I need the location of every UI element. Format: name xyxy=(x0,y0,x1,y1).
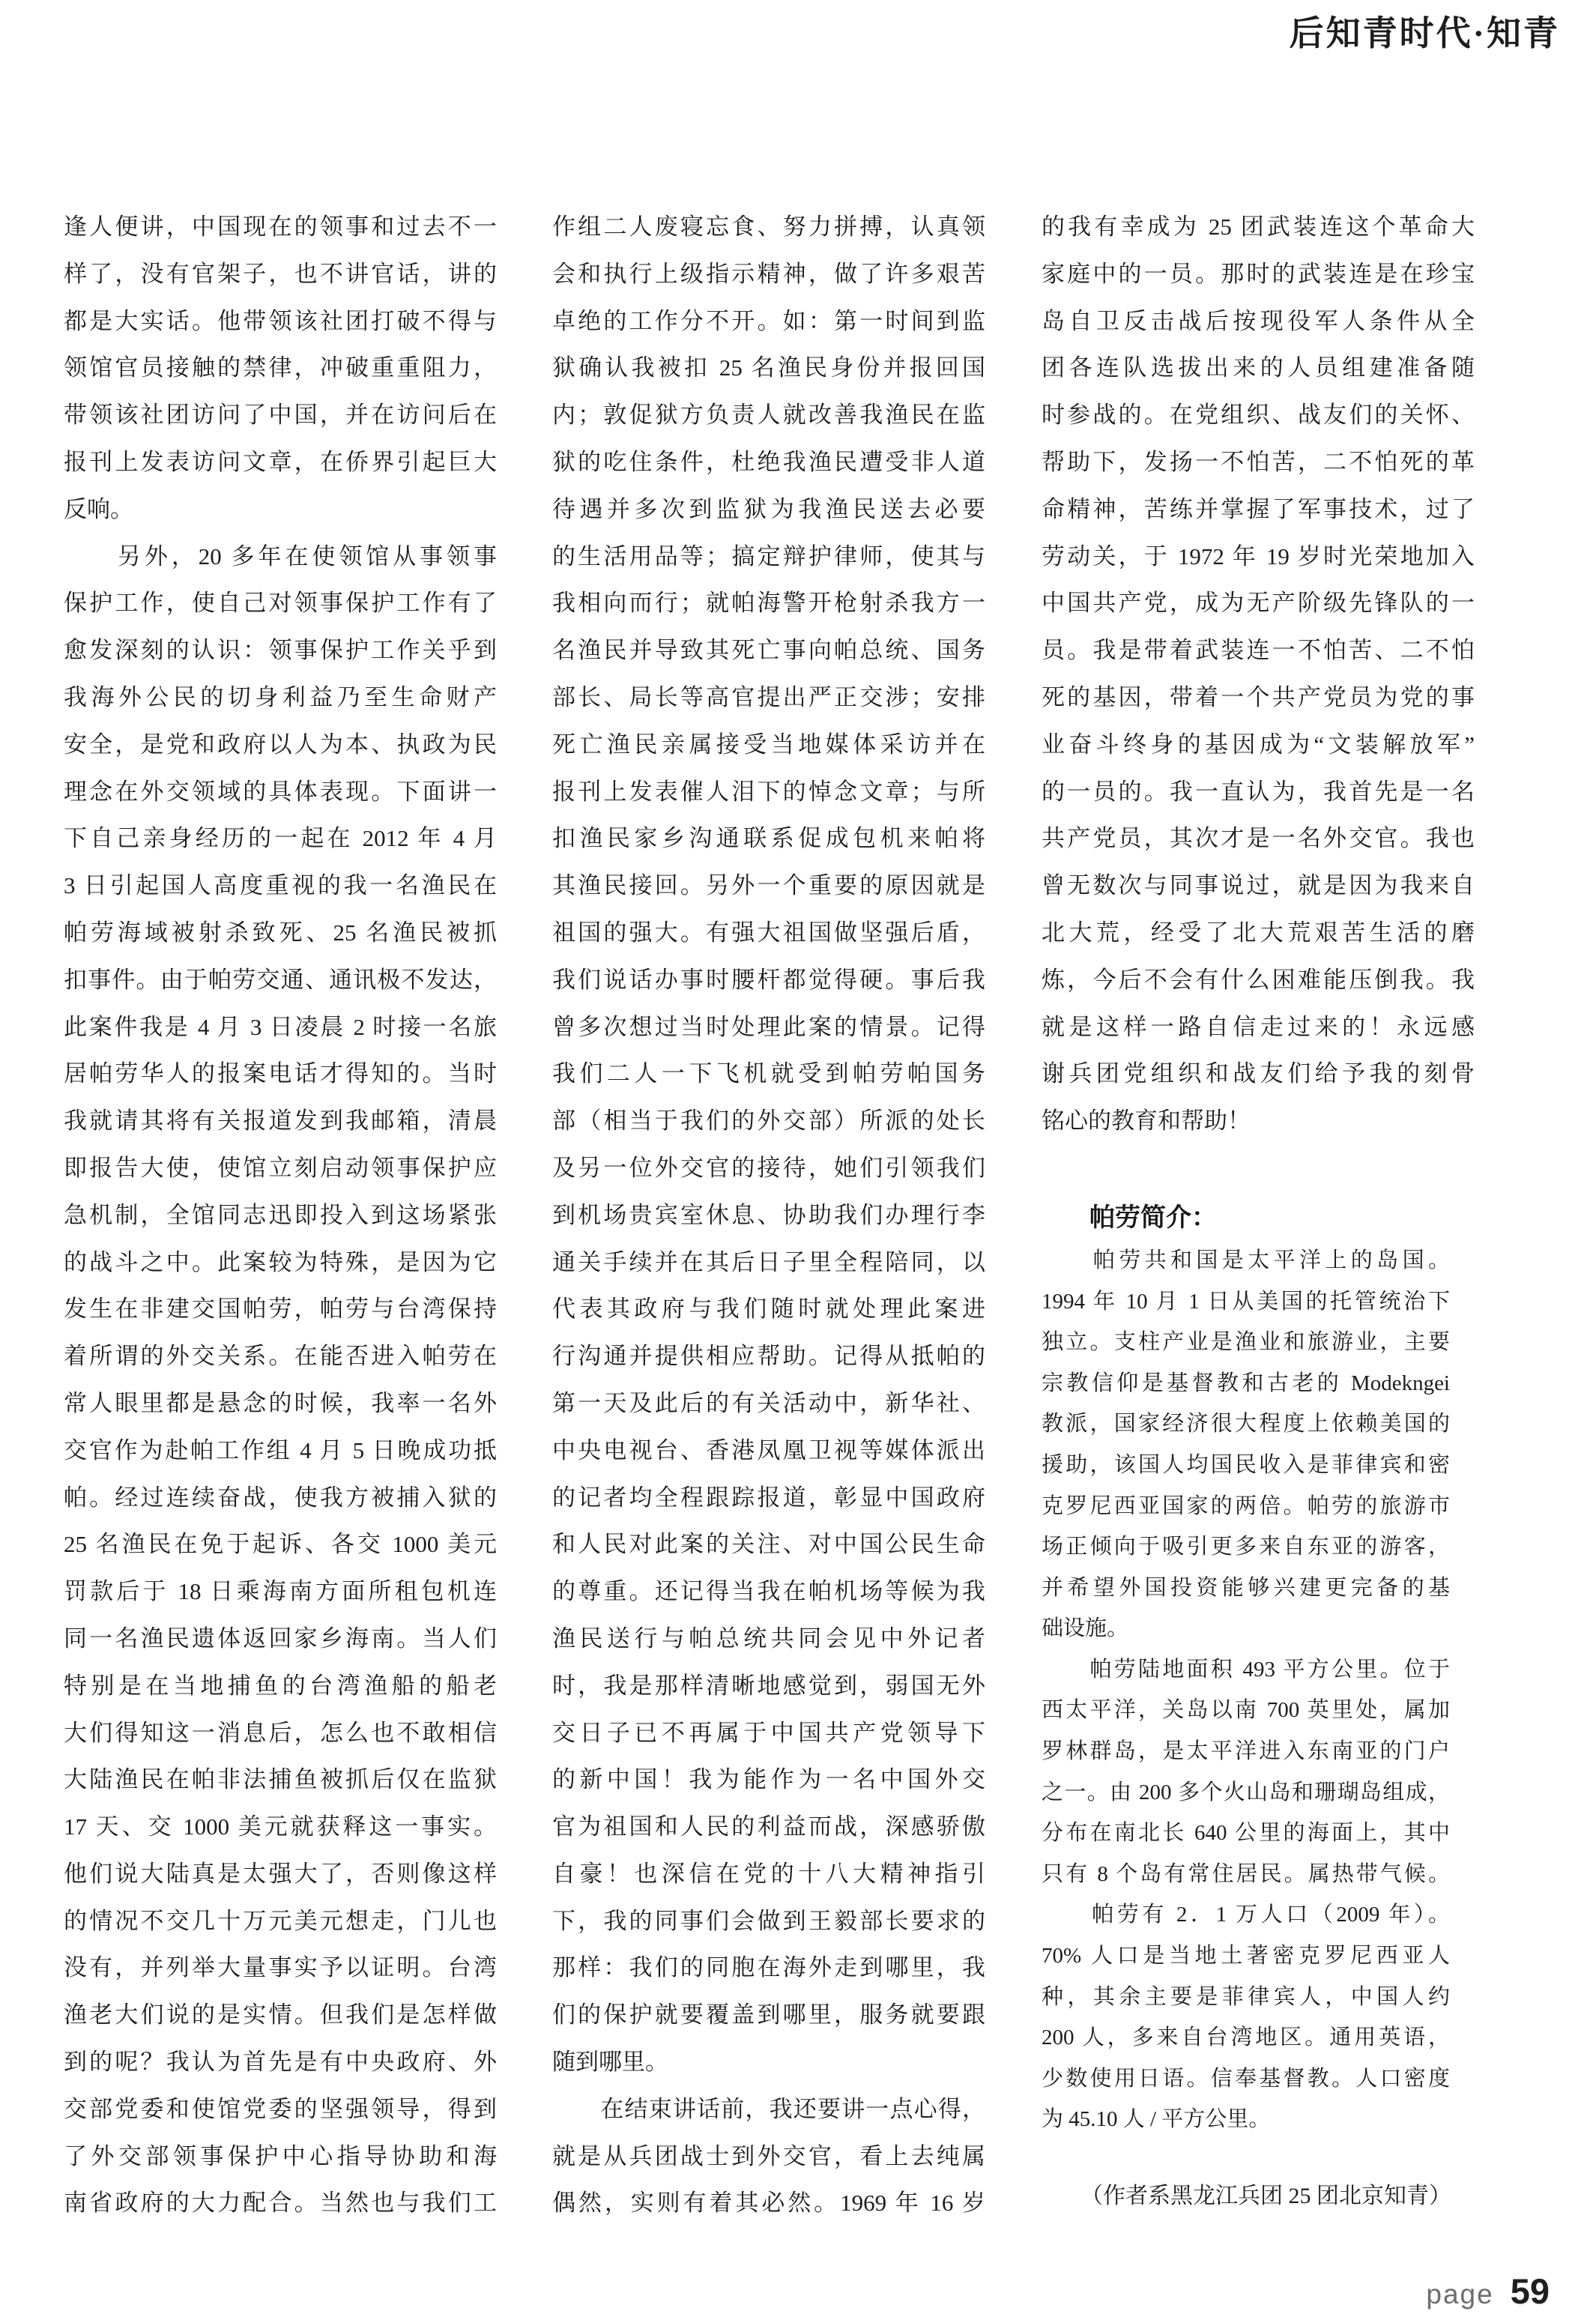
text-line: 此案件我是 4 月 3 日凌晨 2 时接一名旅 xyxy=(64,1004,497,1051)
palau-profile-text: 帕劳共和国是太平洋上的岛国。1994 年 10 月 1 日从美国的托管统治下独立… xyxy=(1042,1240,1450,2140)
text-line: 死亡渔民亲属接受当地媒体采访并在 xyxy=(552,722,985,769)
text-line: 的新中国！我为能作为一名中国外交 xyxy=(552,1756,985,1804)
text-line: 待遇并多次到监狱为我渔民送去必要 xyxy=(552,486,985,534)
page-footer: page 59 xyxy=(1426,2271,1550,2312)
text-line: 的生活用品等；搞定辩护律师，使其与 xyxy=(552,534,985,581)
text-line: 共产党员，其次才是一名外交官。我也 xyxy=(1042,815,1475,863)
text-line: 25 名渔民在免于起诉、各交 1000 美元 xyxy=(64,1521,497,1568)
text-line: 渔老大们说的是实情。但我们是怎样做 xyxy=(64,1992,497,2039)
text-line: 命精神，苦练并掌握了军事技术，过了 xyxy=(1042,486,1475,534)
text-line: 我就请其将有关报道发到我邮箱，清晨 xyxy=(64,1098,497,1145)
text-line: 宗教信仰是基督教和古老的 Modekngei xyxy=(1042,1363,1450,1404)
text-line: 交日子已不再属于中国共产党领导下 xyxy=(552,1710,985,1757)
text-line: 渔民送行与帕总统共同会见中外记者 xyxy=(552,1616,985,1663)
text-line: 保护工作，使自己对领事保护工作有了 xyxy=(64,580,497,627)
section-header: 后知青时代·知青 xyxy=(1290,6,1560,55)
text-line: 安全，是党和政府以人为本、执政为民 xyxy=(64,722,497,769)
text-line: 报刊上发表催人泪下的悼念文章；与所 xyxy=(552,769,985,816)
text-line: 帕劳陆地面积 493 平方公里。位于 xyxy=(1042,1649,1450,1691)
text-line: 着所谓的外交关系。在能否进入帕劳在 xyxy=(64,1333,497,1380)
text-line: 行沟通并提供相应帮助。记得从抵帕的 xyxy=(552,1333,985,1380)
text-line: 帕。经过连续奋战，使我方被捕入狱的 xyxy=(64,1475,497,1522)
text-line: 员。我是带着武装连一不怕苦、二不怕 xyxy=(1042,627,1475,674)
text-line: 到机场贵宾室休息、协助我们办理行李 xyxy=(552,1192,985,1239)
palau-profile-heading: 帕劳简介： xyxy=(1089,1195,1475,1240)
text-line: 那样：我们的同胞在海外走到哪里，我 xyxy=(552,1945,985,1992)
text-line: 炼，今后不会有什么困难能压倒我。我 xyxy=(1042,957,1475,1004)
text-line: 大们得知这一消息后，怎么也不敢相信 xyxy=(64,1710,497,1757)
text-line: 及另一位外交官的接待，她们引领我们 xyxy=(552,1145,985,1192)
text-line: 我海外公民的切身利益乃至生命财产 xyxy=(64,674,497,722)
text-line: 交官作为赴帕工作组 4 月 5 日晚成功抵 xyxy=(64,1428,497,1475)
text-line: 扣事件。由于帕劳交通、通讯极不发达， xyxy=(64,957,497,1004)
page-number: 59 xyxy=(1511,2271,1550,2312)
text-line: 逢人便讲，中国现在的领事和过去不一 xyxy=(64,204,497,251)
text-line: 理念在外交领域的具体表现。下面讲一 xyxy=(64,769,497,816)
text-line: 只有 8 个岛有常住居民。属热带气候。 xyxy=(1042,1854,1450,1895)
text-line: 西太平洋，关岛以南 700 英里处，属加 xyxy=(1042,1690,1450,1731)
magazine-page: 后知青时代·知青 逢人便讲，中国现在的领事和过去不一样了，没有官架子，也不讲官话… xyxy=(0,0,1596,2320)
text-line: 曾多次想过当时处理此案的情景。记得 xyxy=(552,1004,985,1051)
author-note: （作者系黑龙江兵团 25 团北京知青） xyxy=(1080,2176,1475,2217)
text-line: 础设施。 xyxy=(1042,1608,1450,1649)
text-line: 下，我的同事们会做到王毅部长要求的 xyxy=(552,1898,985,1945)
text-line: 第一天及此后的有关活动中，新华社、 xyxy=(552,1380,985,1428)
text-line: 领馆官员接触的禁律，冲破重重阻力， xyxy=(64,345,497,392)
section-title: 后知青时代·知青 xyxy=(1290,14,1560,52)
page-label: page xyxy=(1426,2279,1493,2310)
text-line: 种，其余主要是菲律宾人，中国人约 xyxy=(1042,1977,1450,2018)
text-line: 居帕劳华人的报案电话才得知的。当时 xyxy=(64,1051,497,1098)
text-line: 狱确认我被扣 25 名渔民身份并报回国 xyxy=(552,345,985,392)
text-line: 帕劳共和国是太平洋上的岛国。 xyxy=(1042,1240,1450,1281)
text-line: 帮助下，发扬一不怕苦，二不怕死的革 xyxy=(1042,439,1475,486)
text-line: 发生在非建交国帕劳，帕劳与台湾保持 xyxy=(64,1286,497,1333)
text-line: 少数使用日语。信奉基督教。人口密度 xyxy=(1042,2058,1450,2100)
text-line: 交部党委和使馆党委的坚强领导，得到 xyxy=(64,2086,497,2133)
text-line: 70% 人口是当地土著密克罗尼西亚人 xyxy=(1042,1936,1450,1977)
text-line: 同一名渔民遗体返回家乡海南。当人们 xyxy=(64,1616,497,1663)
text-line: 卓绝的工作分不开。如：第一时间到监 xyxy=(552,298,985,345)
text-line: 部（相当于我们的外交部）所派的处长 xyxy=(552,1098,985,1145)
text-line: 另外，20 多年在使领馆从事领事 xyxy=(64,534,497,581)
text-line: 并希望外国投资能够兴建更完备的基 xyxy=(1042,1568,1450,1609)
text-line: 的战斗之中。此案较为特殊，是因为它 xyxy=(64,1239,497,1287)
text-line: 他们说大陆真是太强大了，否则像这样 xyxy=(64,1851,497,1898)
text-line: 特别是在当地捕鱼的台湾渔船的船老 xyxy=(64,1663,497,1710)
text-line: 场正倾向于吸引更多来自东亚的游客， xyxy=(1042,1526,1450,1568)
text-line: 官为祖国和人民的利益而战，深感骄傲 xyxy=(552,1804,985,1851)
text-line: 愈发深刻的认识：领事保护工作关乎到 xyxy=(64,627,497,674)
text-line: 帕劳有 2．1 万人口（2009 年）。 xyxy=(1042,1894,1450,1936)
text-line: 就是从兵团战士到外交官，看上去纯属 xyxy=(552,2133,985,2181)
text-line: 岛自卫反击战后按现役军人条件从全 xyxy=(1042,298,1475,345)
text-line: 我们二人一下飞机就受到帕劳帕国务 xyxy=(552,1051,985,1098)
text-line: 内；敦促狱方负责人就改善我渔民在监 xyxy=(552,392,985,439)
text-line: 的情况不交几十万元美元想走，门儿也 xyxy=(64,1898,497,1945)
text-line: 劳动关，于 1972 年 19 岁时光荣地加入 xyxy=(1042,534,1475,581)
text-line: 教派，国家经济很大程度上依赖美国的 xyxy=(1042,1404,1450,1445)
text-line: 200 人，多来自台湾地区。通用英语， xyxy=(1042,2017,1450,2058)
text-line: 我相向而行；就帕海警开枪射杀我方一 xyxy=(552,580,985,627)
text-line: 代表其政府与我们随时就处理此案进 xyxy=(552,1286,985,1333)
text-line: 罚款后于 18 日乘海南方面所租包机连 xyxy=(64,1568,497,1616)
text-line: 团各连队选拔出来的人员组建准备随 xyxy=(1042,345,1475,392)
text-line: 部长、局长等高官提出严正交涉；安排 xyxy=(552,674,985,722)
text-line: 17 天、交 1000 美元就获释这一事实。 xyxy=(64,1804,497,1851)
text-line: 祖国的强大。有强大祖国做坚强后盾， xyxy=(552,910,985,957)
text-line: 到的呢？我认为首先是有中央政府、外 xyxy=(64,2039,497,2086)
text-line: 下自己亲身经历的一起在 2012 年 4 月 xyxy=(64,815,497,863)
text-line: 作组二人废寝忘食、努力拼搏，认真领 xyxy=(552,204,985,251)
text-line: 偶然，实则有着其必然。1969 年 16 岁 xyxy=(552,2180,985,2227)
text-line: 扣渔民家乡沟通联系促成包机来帕将 xyxy=(552,815,985,863)
text-line: 业奋斗终身的基因成为“文装解放军” xyxy=(1042,722,1475,769)
text-line: 为 45.10 人 / 平方公里。 xyxy=(1042,2099,1450,2140)
text-line: 铭心的教育和帮助！ xyxy=(1042,1098,1475,1145)
text-line: 我们说话办事时腰杆都觉得硬。事后我 xyxy=(552,957,985,1004)
text-line: 克罗尼西亚国家的两倍。帕劳的旅游市 xyxy=(1042,1486,1450,1527)
text-line: 的一员的。我一直认为，我首先是一名 xyxy=(1042,769,1475,816)
text-line: 1994 年 10 月 1 日从美国的托管统治下 xyxy=(1042,1281,1450,1323)
text-line: 帕劳海域被射杀致死、25 名渔民被抓 xyxy=(64,910,497,957)
text-line: 罗林群岛，是太平洋进入东南亚的门户 xyxy=(1042,1731,1450,1772)
text-line: 分布在南北长 640 公里的海面上，其中 xyxy=(1042,1813,1450,1854)
text-line: 常人眼里都是悬念的时候，我率一名外 xyxy=(64,1380,497,1428)
text-line: 在结束讲话前，我还要讲一点心得， xyxy=(552,2086,985,2133)
text-line: 带领该社团访问了中国，并在访问后在 xyxy=(64,392,497,439)
text-line: 南省政府的大力配合。当然也与我们工 xyxy=(64,2180,497,2227)
text-line: 即报告大使，使馆立刻启动领事保护应 xyxy=(64,1145,497,1192)
text-line: 会和执行上级指示精神，做了许多艰苦 xyxy=(552,251,985,298)
text-line: 随到哪里。 xyxy=(552,2039,985,2086)
text-line: 援助，该国人均国民收入是菲律宾和密 xyxy=(1042,1445,1450,1486)
text-line: 北大荒，经受了北大荒艰苦生活的磨 xyxy=(1042,910,1475,957)
text-line: 样了，没有官架子，也不讲官话，讲的 xyxy=(64,251,497,298)
text-line: 了外交部领事保护中心指导协助和海 xyxy=(64,2133,497,2181)
text-line: 狱的吃住条件，杜绝我渔民遭受非人道 xyxy=(552,439,985,486)
text-line: 死的基因，带着一个共产党员为党的事 xyxy=(1042,674,1475,722)
text-line: 都是大实话。他带领该社团打破不得与 xyxy=(64,298,497,345)
text-line: 名渔民并导致其死亡事向帕总统、国务 xyxy=(552,627,985,674)
text-line: 大陆渔民在帕非法捕鱼被抓后仅在监狱 xyxy=(64,1756,497,1804)
text-line: 没有，并列举大量事实予以证明。台湾 xyxy=(64,1945,497,1992)
text-line: 3 日引起国人高度重视的我一名渔民在 xyxy=(64,863,497,910)
text-column-2: 作组二人废寝忘食、努力拼搏，认真领会和执行上级指示精神，做了许多艰苦卓绝的工作分… xyxy=(552,204,985,2227)
column-3-main-text: 的我有幸成为 25 团武装连这个革命大家庭中的一员。那时的武装连是在珍宝岛自卫反… xyxy=(1042,204,1475,1145)
text-line: 时，我是那样清晰地感觉到，弱国无外 xyxy=(552,1663,985,1710)
text-line: 中国共产党，成为无产阶级先锋队的一 xyxy=(1042,580,1475,627)
text-line: 就是这样一路自信走过来的！永远感 xyxy=(1042,1004,1475,1051)
text-column-1: 逢人便讲，中国现在的领事和过去不一样了，没有官架子，也不讲官话，讲的都是大实话。… xyxy=(64,204,497,2227)
text-line: 报刊上发表访问文章，在侨界引起巨大 xyxy=(64,439,497,486)
text-line: 曾无数次与同事说过，就是因为我来自 xyxy=(1042,863,1475,910)
text-line: 之一。由 200 多个火山岛和珊瑚岛组成， xyxy=(1042,1772,1450,1813)
text-line: 的记者均全程跟踪报道，彰显中国政府 xyxy=(552,1475,985,1522)
text-line: 谢兵团党组织和战友们给予我的刻骨 xyxy=(1042,1051,1475,1098)
text-line: 们的保护就要覆盖到哪里，服务就要跟 xyxy=(552,1992,985,2039)
text-line: 家庭中的一员。那时的武装连是在珍宝 xyxy=(1042,251,1475,298)
text-line: 时参战的。在党组织、战友们的关怀、 xyxy=(1042,392,1475,439)
text-line: 独立。支柱产业是渔业和旅游业，主要 xyxy=(1042,1322,1450,1363)
text-line: 的尊重。还记得当我在帕机场等候为我 xyxy=(552,1568,985,1616)
text-line: 中央电视台、香港凤凰卫视等媒体派出 xyxy=(552,1428,985,1475)
text-line: 反响。 xyxy=(64,486,497,534)
text-line: 通关手续并在其后日子里全程陪同，以 xyxy=(552,1239,985,1287)
text-line: 自豪！也深信在党的十八大精神指引 xyxy=(552,1851,985,1898)
text-line: 急机制，全馆同志迅即投入到这场紧张 xyxy=(64,1192,497,1239)
text-line: 和人民对此案的关注、对中国公民生命 xyxy=(552,1521,985,1568)
text-column-3: 的我有幸成为 25 团武装连这个革命大家庭中的一员。那时的武装连是在珍宝岛自卫反… xyxy=(1042,204,1475,2217)
text-line: 的我有幸成为 25 团武装连这个革命大 xyxy=(1042,204,1475,251)
text-line: 其渔民接回。另外一个重要的原因就是 xyxy=(552,863,985,910)
